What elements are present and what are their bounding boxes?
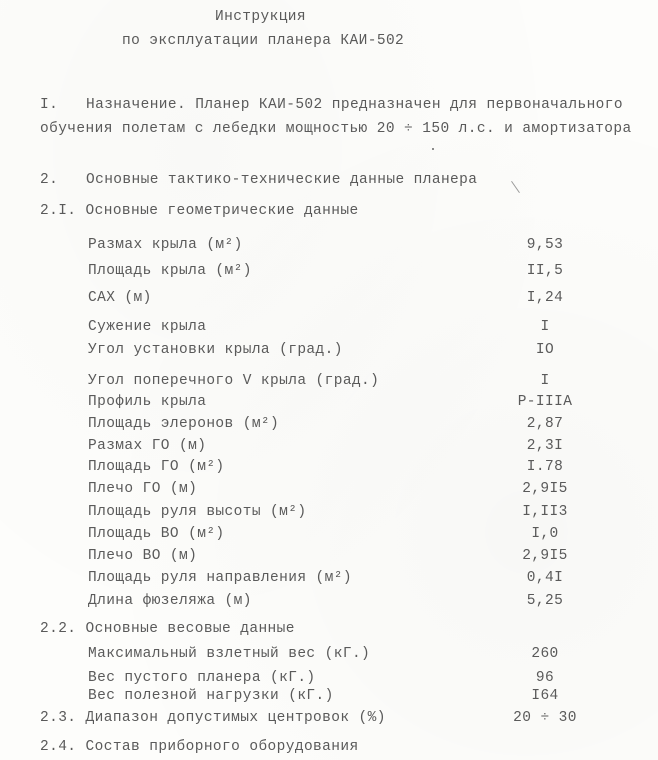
geom-row-value: 9,53 xyxy=(500,236,590,254)
document-subtitle: по эксплуатации планера КАИ-502 xyxy=(122,32,404,50)
weight-row-label: Вес пустого планера (кГ.) xyxy=(88,669,316,687)
section-2-1-title: Основные геометрические данные xyxy=(86,203,359,219)
paper-speck xyxy=(432,148,434,150)
section-2-2-number: 2.2. xyxy=(40,621,76,637)
paper-mark xyxy=(511,181,520,193)
section-1-line-1: I.Назначение. Планер КАИ-502 предназначе… xyxy=(40,96,623,114)
geom-row-value: 2,87 xyxy=(500,415,590,433)
geom-row-label: Сужение крыла xyxy=(88,318,206,336)
geom-row-value: I xyxy=(500,318,590,336)
geom-row-label: Размах ГО (м) xyxy=(88,437,206,455)
geom-row-label: Площадь руля направления (м²) xyxy=(88,569,352,587)
section-2-3-value: 20 ÷ 30 xyxy=(500,709,590,727)
geom-row-label: Угол установки крыла (град.) xyxy=(88,341,343,359)
weight-row-label: Вес полезной нагрузки (кГ.) xyxy=(88,687,334,705)
geom-row-label: Длина фюзеляжа (м) xyxy=(88,592,252,610)
section-2-2-title: Основные весовые данные xyxy=(86,621,295,637)
section-2-3-number: 2.3. xyxy=(40,710,76,726)
geom-row-label: Профиль крыла xyxy=(88,393,206,411)
section-1-number: I. xyxy=(40,96,86,114)
geom-row-value: 0,4I xyxy=(500,569,590,587)
weight-row-value: I64 xyxy=(500,687,590,705)
geom-row-value: I,24 xyxy=(500,289,590,307)
section-2-1-heading: 2.I. Основные геометрические данные xyxy=(40,202,359,220)
section-2-2-heading: 2.2. Основные весовые данные xyxy=(40,620,295,638)
geom-row-label: Плечо ГО (м) xyxy=(88,480,197,498)
geom-row-label: Площадь руля высоты (м²) xyxy=(88,503,306,521)
geom-row-label: Плечо ВО (м) xyxy=(88,547,197,565)
geom-row-value: 2,9I5 xyxy=(500,547,590,565)
section-2-3-title: Диапазон допустимых центровок (%) xyxy=(86,710,386,726)
geom-row-label: Площадь ГО (м²) xyxy=(88,458,225,476)
geom-row-value: I,0 xyxy=(500,525,590,543)
geom-row-value: 2,9I5 xyxy=(500,480,590,498)
weight-row-value: 96 xyxy=(500,669,590,687)
geom-row-value: I,II3 xyxy=(500,503,590,521)
geom-row-label: Угол поперечного V крыла (град.) xyxy=(88,372,379,390)
weight-row-value: 260 xyxy=(500,645,590,663)
section-1-text-1: Назначение. Планер КАИ-502 предназначен … xyxy=(86,97,623,113)
section-2-4-title: Состав приборного оборудования xyxy=(86,739,359,755)
section-2-heading: 2.Основные тактико-технические данные пл… xyxy=(40,171,477,189)
section-2-number: 2. xyxy=(40,171,86,189)
section-2-4-number: 2.4. xyxy=(40,739,76,755)
section-2-title: Основные тактико-технические данные план… xyxy=(86,172,477,188)
geom-row-value: I.78 xyxy=(500,458,590,476)
geom-row-value: 5,25 xyxy=(500,592,590,610)
document-page: Инструкция по эксплуатации планера КАИ-5… xyxy=(0,0,658,760)
section-2-4-heading: 2.4. Состав приборного оборудования xyxy=(40,738,359,756)
geom-row-value: P-IIIA xyxy=(500,393,590,411)
section-2-3-heading: 2.3. Диапазон допустимых центровок (%) xyxy=(40,709,386,727)
section-2-1-number: 2.I. xyxy=(40,203,76,219)
document-title: Инструкция xyxy=(215,8,306,26)
geom-row-value: I xyxy=(500,372,590,390)
weight-row-label: Максимальный взлетный вес (кГ.) xyxy=(88,645,370,663)
geom-row-label: Площадь ВО (м²) xyxy=(88,525,225,543)
geom-row-label: Площадь крыла (м²) xyxy=(88,262,252,280)
geom-row-label: Размах крыла (м²) xyxy=(88,236,243,254)
geom-row-label: Площадь элеронов (м²) xyxy=(88,415,279,433)
geom-row-label: САХ (м) xyxy=(88,289,152,307)
geom-row-value: 2,3I xyxy=(500,437,590,455)
section-1-line-2: обучения полетам с лебедки мощностью 20 … xyxy=(40,120,632,138)
geom-row-value: IO xyxy=(500,341,590,359)
geom-row-value: II,5 xyxy=(500,262,590,280)
